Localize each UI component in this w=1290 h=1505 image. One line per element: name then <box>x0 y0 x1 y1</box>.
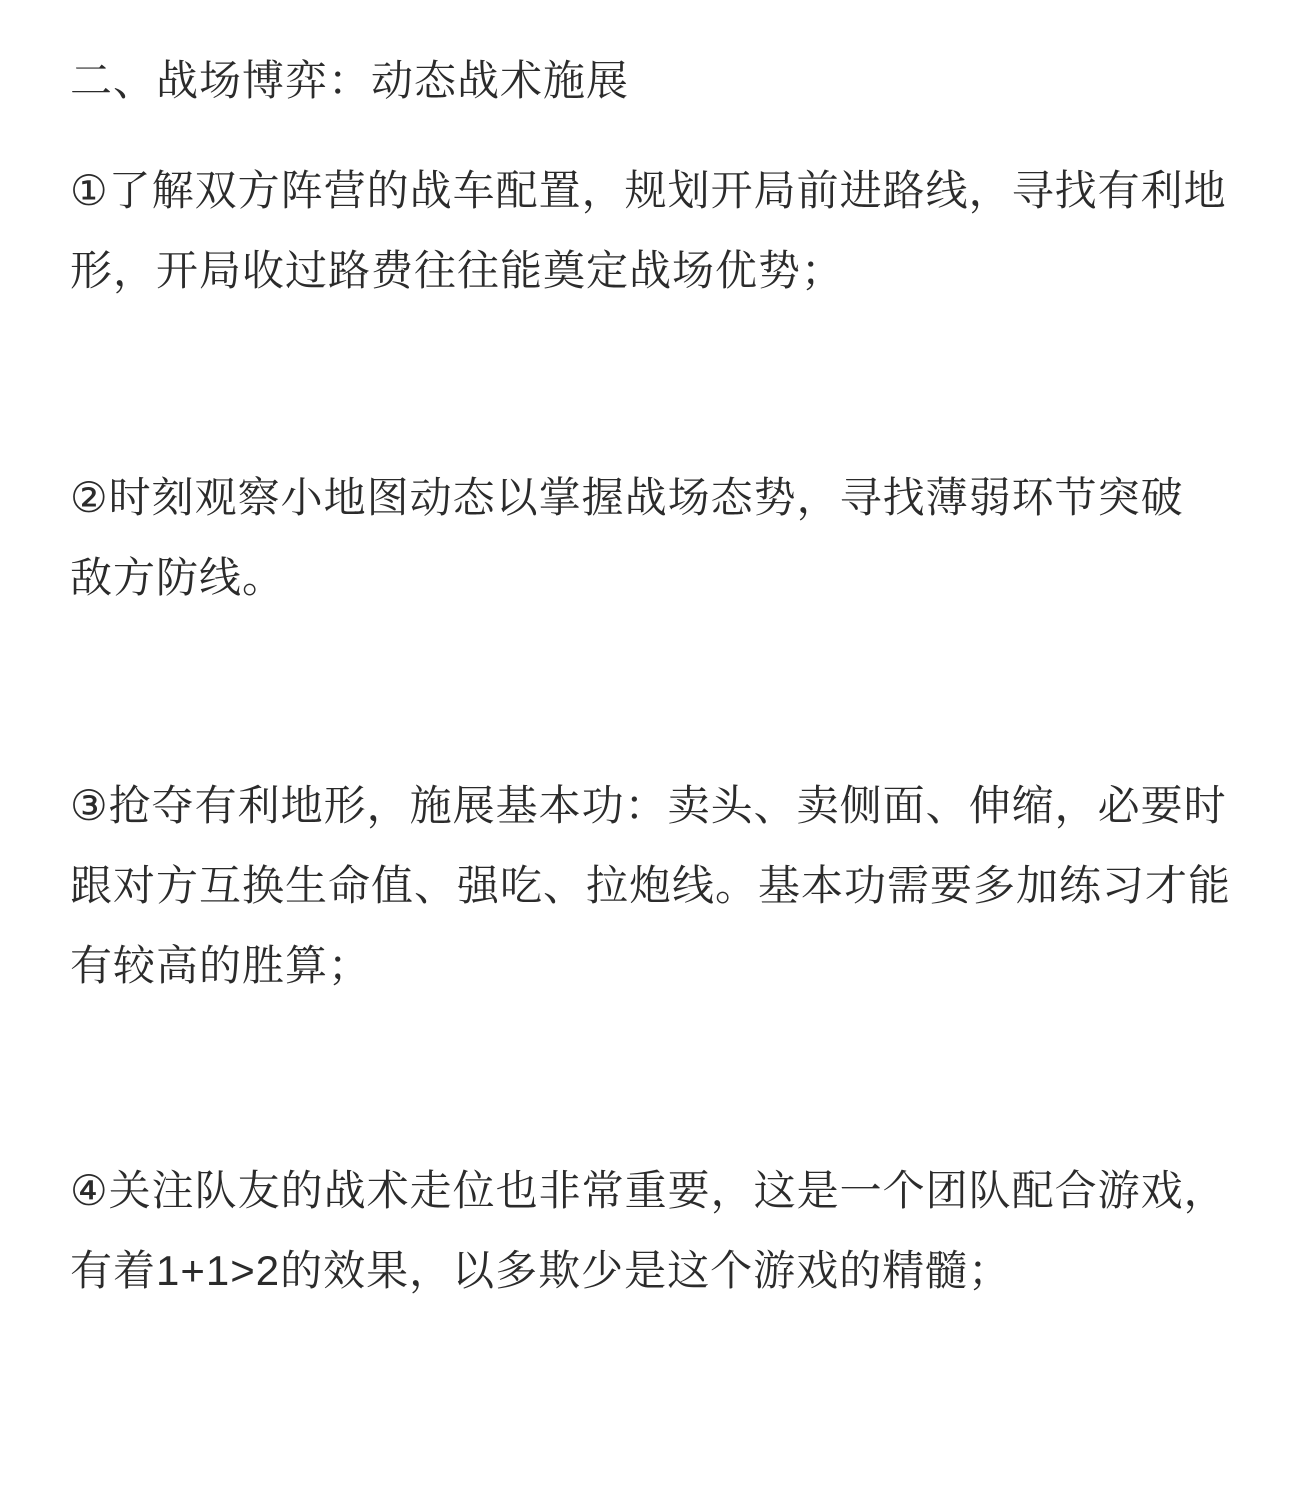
paragraph-line: ②时刻观察小地图动态以掌握战场态势，寻找薄弱环节突破 <box>70 458 1220 538</box>
paragraph-line: 形，开局收过路费往往能奠定战场优势； <box>70 231 1220 311</box>
section-heading: 二、战场博弈：动态战术施展 <box>70 41 1220 121</box>
paragraph-tip-1: ①了解双方阵营的战车配置，规划开局前进路线，寻找有利地 形，开局收过路费往往能奠… <box>70 151 1220 311</box>
paragraph-line: 有较高的胜算； <box>70 926 1220 1006</box>
paragraph-line: 有着1+1>2的效果，以多欺少是这个游戏的精髓； <box>70 1231 1220 1311</box>
paragraph-line: ③抢夺有利地形，施展基本功：卖头、卖侧面、伸缩，必要时 <box>70 766 1220 846</box>
paragraph-line: 跟对方互换生命值、强吃、拉炮线。基本功需要多加练习才能 <box>70 846 1220 926</box>
paragraph-line: ④关注队友的战术走位也非常重要，这是一个团队配合游戏， <box>70 1151 1220 1231</box>
article-body: 二、战场博弈：动态战术施展 ①了解双方阵营的战车配置，规划开局前进路线，寻找有利… <box>0 41 1290 1311</box>
paragraph-tip-4: ④关注队友的战术走位也非常重要，这是一个团队配合游戏， 有着1+1>2的效果，以… <box>70 1151 1220 1311</box>
paragraph-line: ①了解双方阵营的战车配置，规划开局前进路线，寻找有利地 <box>70 151 1220 231</box>
paragraph-tip-3: ③抢夺有利地形，施展基本功：卖头、卖侧面、伸缩，必要时 跟对方互换生命值、强吃、… <box>70 766 1220 1006</box>
paragraph-tip-2: ②时刻观察小地图动态以掌握战场态势，寻找薄弱环节突破 敌方防线。 <box>70 458 1220 618</box>
paragraph-line: 敌方防线。 <box>70 538 1220 618</box>
